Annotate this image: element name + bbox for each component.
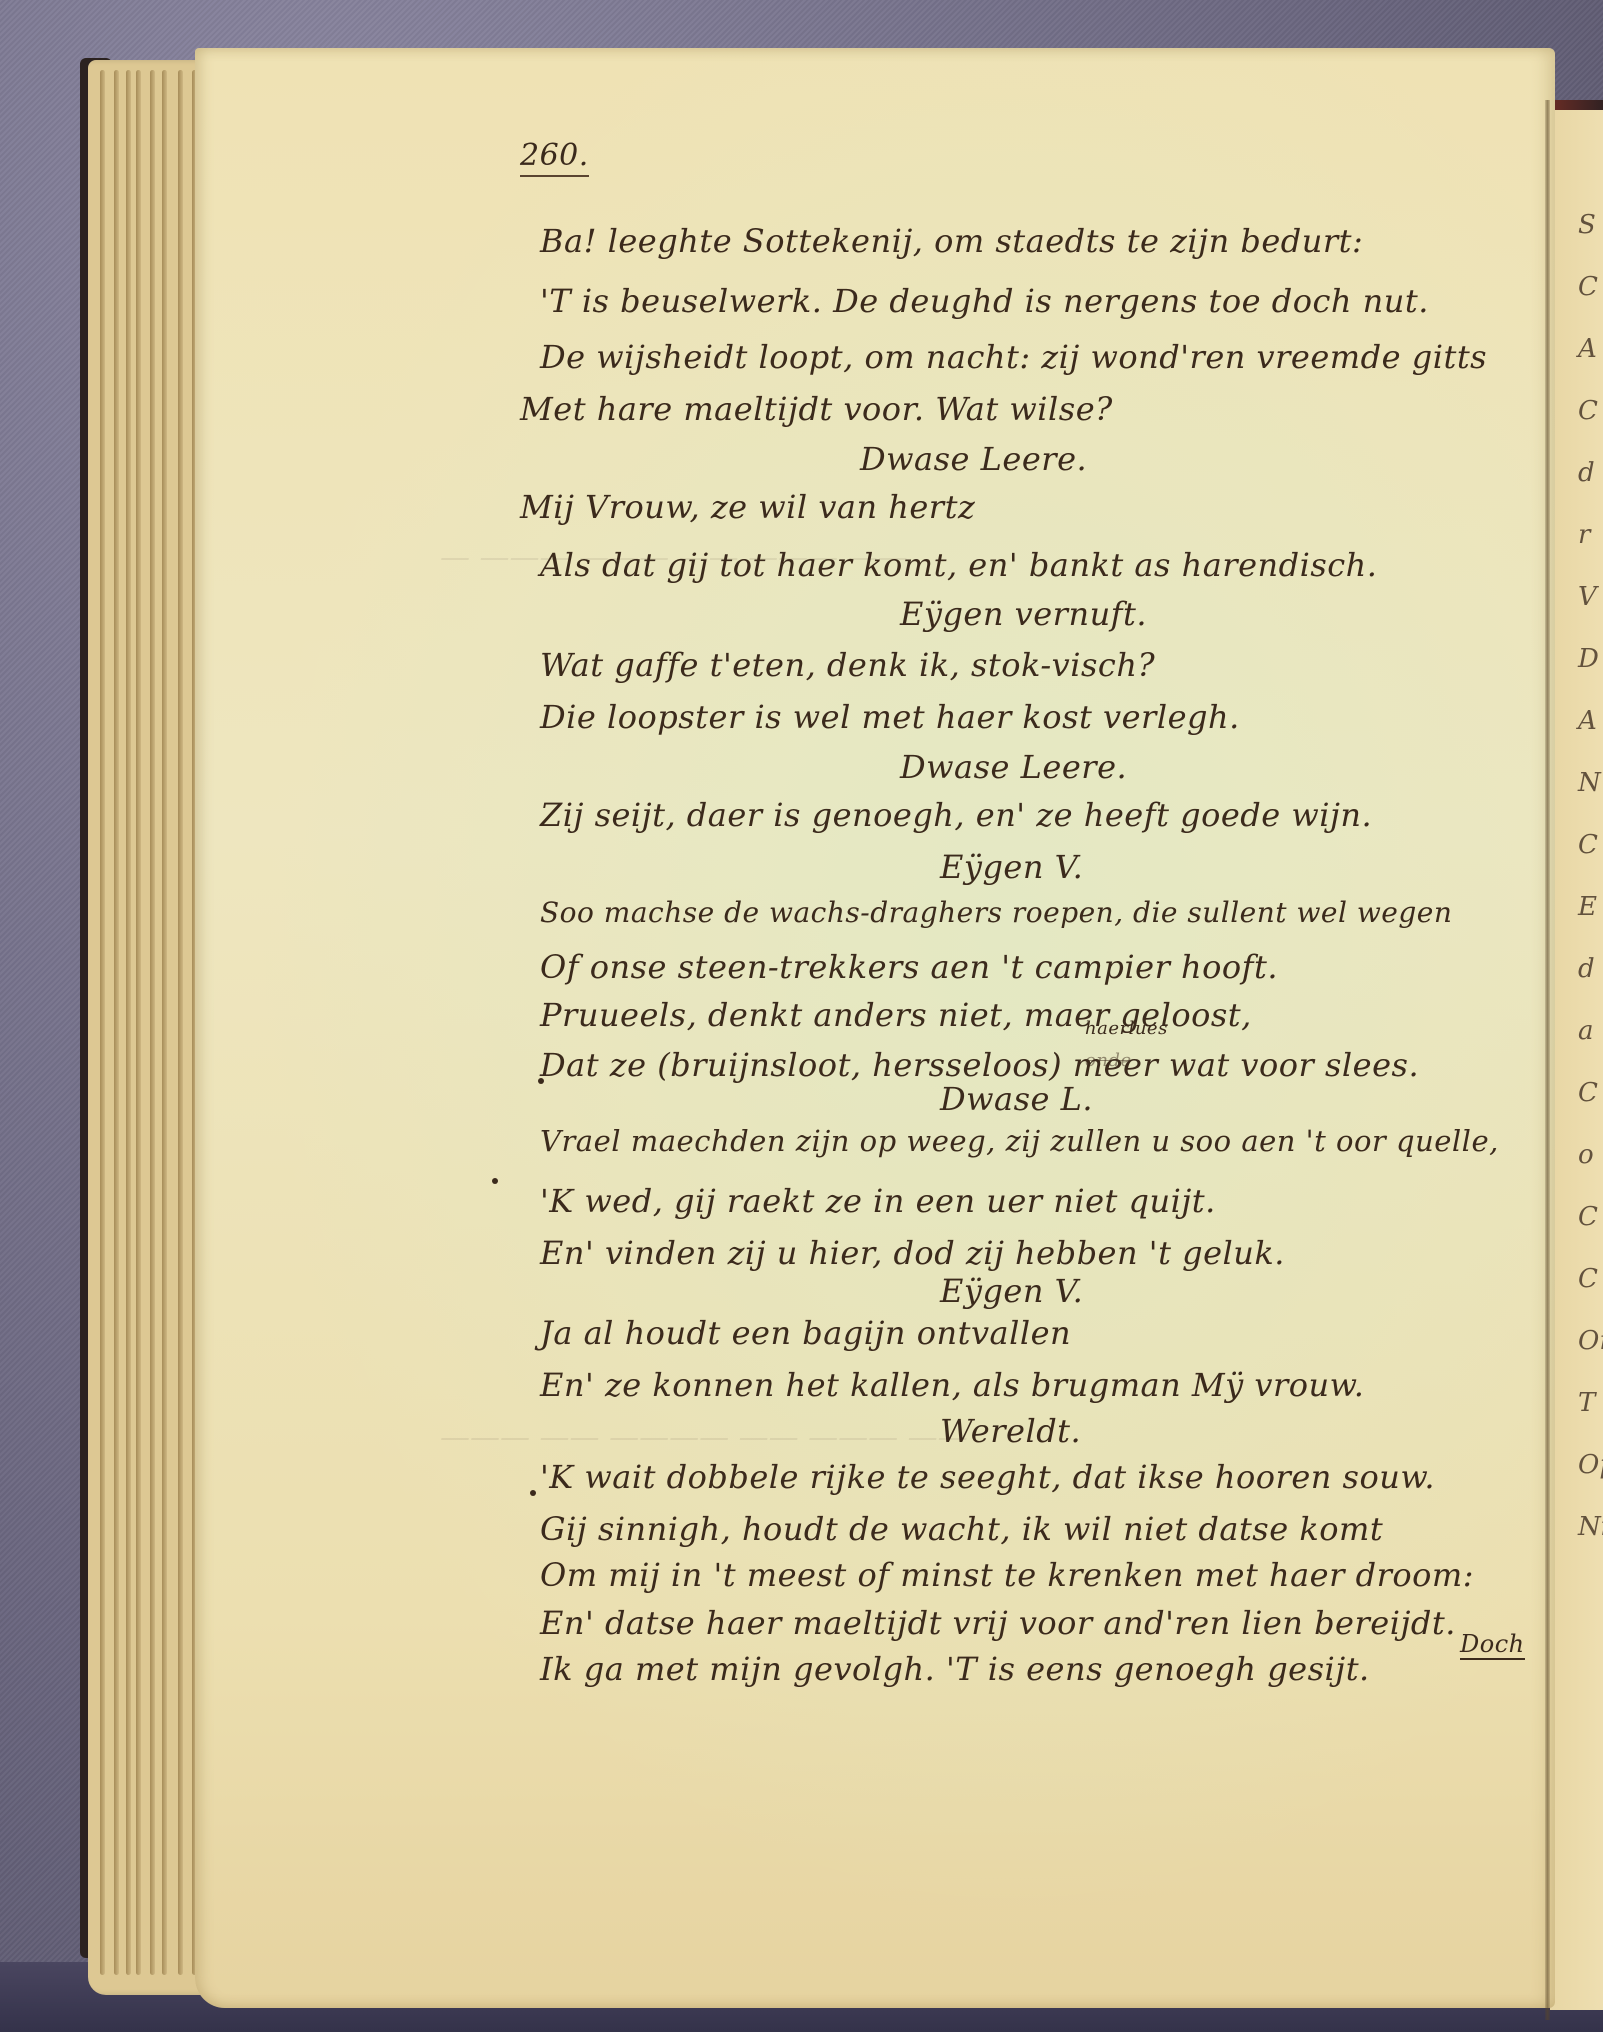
- ink-dot: [538, 1078, 544, 1084]
- verse-line: Ja al houdt een bagijn ontvallen: [540, 1314, 1071, 1352]
- verse-line: Als dat gij tot haer komt, en' bankt as …: [540, 546, 1377, 584]
- speaker-heading: Eÿgen V.: [940, 848, 1083, 886]
- verse-line: Mij Vrouw, ze wil van hertz: [520, 488, 975, 526]
- facing-page-glyph: Nie: [1578, 1512, 1603, 1542]
- speaker-heading: Dwase Leere.: [860, 440, 1087, 478]
- verse-line: De wijsheidt loopt, om nacht: zij wond'r…: [540, 338, 1487, 376]
- facing-page-glyph: d: [1578, 954, 1595, 984]
- interlinear-insertion: haerlues: [1085, 1018, 1168, 1039]
- facing-page-glyph: C: [1578, 830, 1598, 860]
- verse-line: En' vinden zij u hier, dod zij hebben 't…: [540, 1234, 1285, 1272]
- ink-dot: [530, 1490, 536, 1496]
- speaker-heading: Eÿgen vernuft.: [900, 595, 1147, 633]
- speaker-heading: Dwase L.: [940, 1080, 1093, 1118]
- speaker-heading: Wereldt.: [940, 1412, 1081, 1450]
- verse-line: 'K wait dobbele rijke te seeght, dat iks…: [540, 1458, 1435, 1496]
- verse-line: En' datse haer maeltijdt vrij voor and'r…: [540, 1604, 1456, 1642]
- verse-line: Die loopster is wel met haer kost verleg…: [540, 698, 1240, 736]
- facing-page-glyph: V: [1578, 582, 1597, 612]
- facing-page-glyph: C: [1578, 1202, 1598, 1232]
- facing-page-glyph: o: [1578, 1140, 1594, 1170]
- facing-page-glyph: T: [1578, 1388, 1595, 1418]
- verse-line: Soo machse de wachs-draghers roepen, die…: [540, 896, 1452, 929]
- facing-page-glyph: a: [1578, 1016, 1594, 1046]
- catchword: Doch: [1460, 1630, 1525, 1660]
- page-number: 260.: [520, 138, 589, 177]
- facing-page-glyph: r: [1578, 520, 1590, 550]
- facing-page-glyph: A: [1578, 706, 1597, 736]
- facing-page-glyph: C: [1578, 272, 1598, 302]
- verse-line: Met hare maeltijdt voor. Wat wilse?: [520, 390, 1113, 428]
- verse-line: Om mij in 't meest of minst te krenken m…: [540, 1556, 1474, 1594]
- verse-line: Ba! leeghte Sottekenij, om staedts te zi…: [540, 222, 1363, 260]
- verse-line: Zij seijt, daer is genoegh, en' ze heeft…: [540, 796, 1372, 834]
- ink-dot: [492, 1178, 498, 1184]
- facing-page-glyph: Op: [1578, 1450, 1603, 1480]
- facing-page-glyph: D: [1578, 644, 1599, 674]
- facing-page-glyph: C: [1578, 396, 1598, 426]
- verse-line: 'K wed, gij raekt ze in een uer niet qui…: [540, 1182, 1216, 1220]
- verse-line: Gij sinnigh, houdt de wacht, ik wil niet…: [540, 1510, 1383, 1548]
- verse-line: En' ze konnen het kallen, als brugman Mÿ…: [540, 1366, 1364, 1404]
- speaker-heading: Eÿgen V.: [940, 1272, 1083, 1310]
- verse-line: 'T is beuselwerk. De deughd is nergens t…: [540, 282, 1429, 320]
- verse-line: Of onse steen-trekkers aen 't campier ho…: [540, 948, 1278, 986]
- struck-word: onde: [1085, 1050, 1132, 1071]
- page-edge-stack: [88, 60, 208, 1995]
- facing-page-glyph: N: [1578, 768, 1601, 798]
- facing-page-glyph: A: [1578, 334, 1597, 364]
- facing-page-glyph: S: [1578, 210, 1596, 240]
- facing-page-glyph: C: [1578, 1264, 1598, 1294]
- page-gutter: [1545, 100, 1550, 2020]
- bleed-through-text: ——— —— ———— —— ——— ——: [440, 1420, 968, 1455]
- verse-line: Ik ga met mijn gevolgh. 'T is eens genoe…: [540, 1650, 1370, 1688]
- speaker-heading: Dwase Leere.: [900, 748, 1127, 786]
- facing-page-glyph: d: [1578, 458, 1595, 488]
- verse-line: Vrael maechden zijn op weeg, zij zullen …: [540, 1124, 1499, 1158]
- verse-line: Dat ze (bruijnsloot, hersseloos) meer wa…: [540, 1046, 1419, 1084]
- facing-page-glyph: E: [1578, 892, 1597, 922]
- facing-page-glyph: Or: [1578, 1326, 1603, 1356]
- facing-page: [1550, 110, 1603, 2010]
- verse-line: Wat gaffe t'eten, denk ik, stok-visch?: [540, 646, 1155, 684]
- facing-page-glyph: C: [1578, 1078, 1598, 1108]
